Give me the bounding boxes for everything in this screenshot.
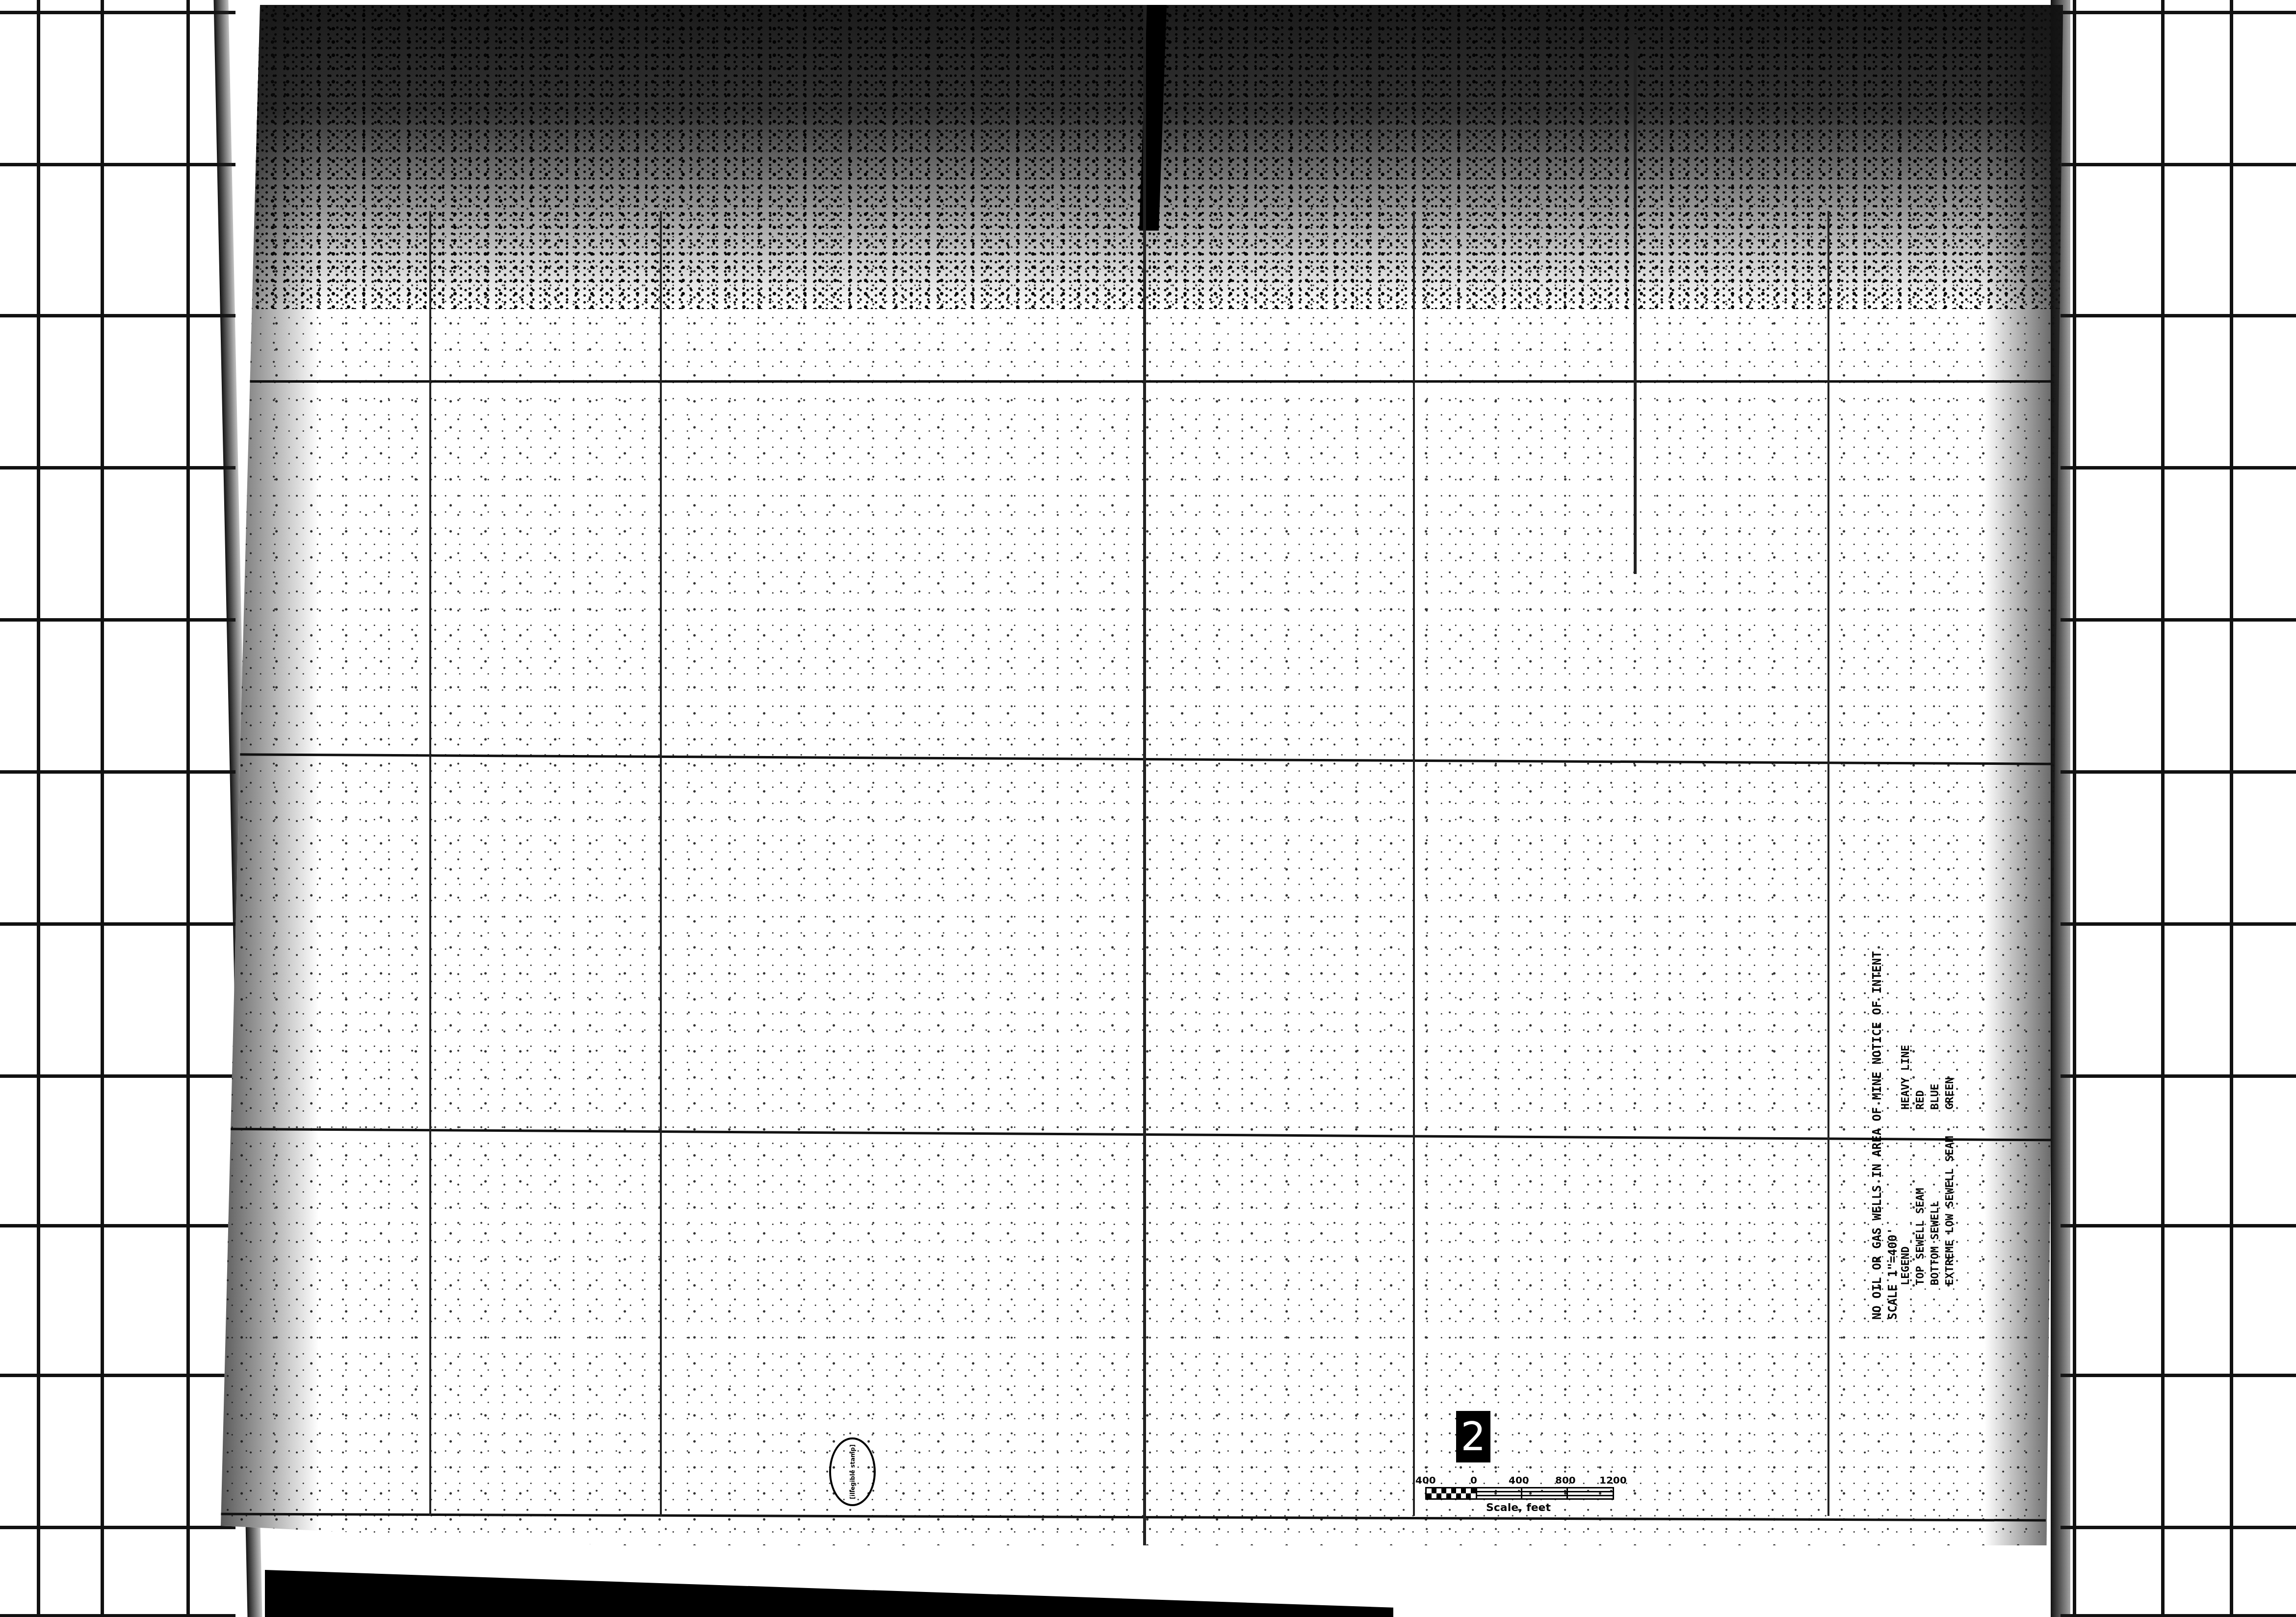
map-right-edge-shadow [2051,0,2070,1617]
stamp-text: [illegible stamp] [849,1444,856,1499]
sheet-number-label: 2 [1456,1411,1490,1462]
legend-entry-label: EXTREME LOW SEWELL SEAM [1943,1136,1957,1285]
grid-paper-line [0,163,235,166]
grid-paper-line [0,314,235,317]
grid-paper-line [2061,1374,2296,1377]
scale-divider [1521,1488,1522,1498]
grid-paper-line [0,11,235,14]
grid-paper-line [0,466,235,469]
legend-boundary-label: HEAVY LINE [1899,1045,1913,1110]
oval-stamp: [illegible stamp] [829,1437,876,1506]
map-fold-line-v6 [1827,211,1829,1516]
map-fold-line-v2 [660,211,662,1516]
legend-colors: HEAVY LINE RED BLUE GREEN [1899,1045,1957,1110]
map-fold-line-v5 [1634,34,1637,574]
scale-tick-label: 400 [1509,1474,1529,1486]
scale-tick-label: 0 [1470,1474,1477,1486]
grid-paper-line [2061,1224,2296,1227]
grid-paper-line [2061,11,2296,14]
grid-paper-line [0,1224,235,1227]
grid-paper-line [2061,1526,2296,1529]
grid-paper-line [2061,466,2296,469]
scale-rule-line [1476,1491,1613,1492]
grid-paper-line [0,1614,235,1617]
scale-caption: Scale, feet [1406,1502,1631,1514]
map-fold-line-v1 [429,211,431,1516]
legend-entry-label: TOP SEWELL SEAM [1913,1136,1928,1285]
scale-tick-label: 800 [1555,1474,1576,1486]
bottom-dark-strip [265,1570,1393,1617]
map-fold-line-v3 [1143,5,1146,1545]
legend-entry-color: RED [1913,1045,1928,1110]
grid-paper-line [0,618,235,622]
scale-rule-line [1476,1495,1613,1496]
scale-tick-label: 400 [1415,1474,1436,1486]
scanned-map-page: 2 400 0 400 800 1200 Scale, feet NO OIL … [0,0,2296,1617]
scale-checker-segment [1427,1488,1476,1498]
notes-line-wells: NO OIL OR GAS WELLS IN AREA OF MINE NOTI… [1869,951,1885,1320]
grid-paper-line [2061,314,2296,317]
scale-tick-label: 1200 [1599,1474,1627,1486]
grid-paper-line [2061,618,2296,622]
grid-paper-line [2061,922,2296,926]
map-sheet [221,5,2063,1545]
scale-divider [1566,1488,1568,1498]
grid-paper-line [0,1074,235,1078]
scale-bar-graphic [1425,1487,1614,1500]
legend-entry-label: BOTTOM SEWELL [1928,1136,1943,1285]
legend-entry-color: BLUE [1928,1045,1943,1110]
legend-entry-color: GREEN [1943,1045,1957,1110]
grid-paper-line [2061,770,2296,774]
scale-tick-labels: 400 0 400 800 1200 [1406,1474,1631,1486]
grid-paper-line [0,1526,235,1529]
map-fold-line-v4 [1413,211,1415,1516]
grid-paper-line [2061,163,2296,166]
grid-paper-line [0,770,235,774]
scale-bar: 400 0 400 800 1200 Scale, feet [1406,1474,1631,1518]
legend-labels: LEGEND TOP SEWELL SEAM BOTTOM SEWELL EXT… [1899,1136,1957,1285]
grid-paper-line [2061,1074,2296,1078]
grid-paper-line [2061,1614,2296,1617]
map-notes: NO OIL OR GAS WELLS IN AREA OF MINE NOTI… [1869,951,1901,1320]
legend-title: LEGEND [1899,1136,1913,1285]
scale-divider [1476,1488,1477,1498]
grid-paper-line [0,1374,235,1377]
speckle-noise [221,201,2063,1545]
grid-paper-line [0,922,235,926]
legend: LEGEND TOP SEWELL SEAM BOTTOM SEWELL EXT… [1899,1025,1957,1285]
